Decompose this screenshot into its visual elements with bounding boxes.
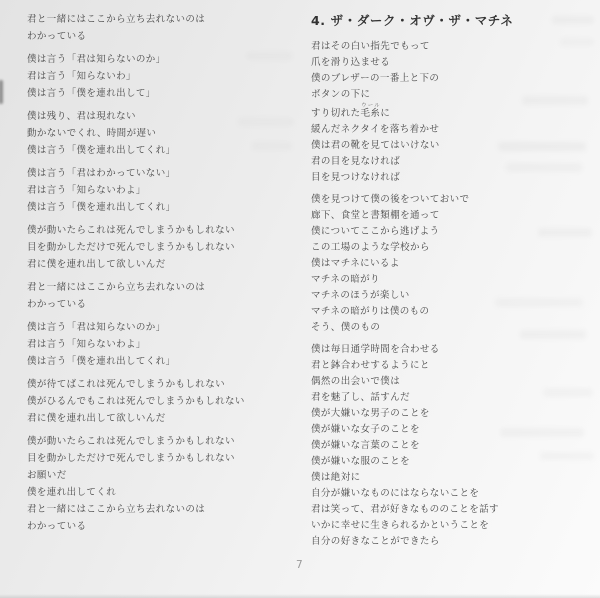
lyric-line: 僕は言う「僕を連れ出してくれ」 — [27, 353, 305, 370]
lyric-line: 自分が嫌いなものにはならないことを — [311, 486, 597, 502]
lyric-line: 僕が動いたらこれは死んでしまうかもしれない — [27, 222, 305, 239]
lyric-line: 君を魅了し、話すんだ — [311, 390, 597, 406]
lyric-line: 君はその白い指先でもって — [311, 39, 597, 55]
lyric-line: 目を動かしただけで死んでしまうかもしれない — [27, 450, 305, 467]
lyric-line: 君は言う「知らないわよ」 — [27, 336, 305, 353]
lyrics-column-right: 4. ザ・ダーク・オヴ・ザ・マチネ 君はその白い指先でもって爪を滑り込ませる僕の… — [311, 12, 597, 556]
lyric-line: 君に僕を連れ出して欲しいんだ — [27, 410, 305, 427]
lyric-line: いかに幸せに生きられるかということを — [311, 518, 597, 534]
lyric-line: 僕はマチネにいるよ — [311, 256, 597, 272]
lyric-line: 君と鉢合わせするようにと — [311, 358, 597, 374]
furigana-ruby: 毛糸ウール — [361, 108, 381, 119]
lyric-line: 君は言う「知らないわ」 — [27, 68, 305, 85]
lyric-line: 僕を連れ出してくれ — [27, 484, 305, 501]
lyric-line: 目を見つけなければ — [311, 170, 597, 186]
lyric-line: 僕が嫌いな女子のことを — [311, 422, 597, 438]
lyrics-right-stanzas: 君はその白い指先でもって爪を滑り込ませる僕のブレザーの一番上と下のボタンの下にす… — [311, 39, 597, 550]
lyric-line: 僕についてここから逃げよう — [311, 224, 597, 240]
lyric-line: 動かないでくれ、時間が遅い — [27, 125, 305, 142]
page-edge-shadow — [0, 594, 600, 598]
lyric-stanza: 僕が動いたらこれは死んでしまうかもしれない目を動かしただけで死んでしまうかもしれ… — [27, 222, 305, 273]
lyric-line: わかっている — [27, 296, 305, 313]
booklet-page: 君と一緒にはここから立ち去れないのはわかっている僕は言う「君は知らないのか」君は… — [0, 0, 600, 598]
lyric-line: 廊下、食堂と書類棚を通って — [311, 208, 597, 224]
lyric-line: マチネのほうが楽しい — [311, 288, 597, 304]
lyric-line: 君は笑って、君が好きなもののことを話す — [311, 502, 597, 518]
lyric-stanza: 君はその白い指先でもって爪を滑り込ませる僕のブレザーの一番上と下のボタンの下にす… — [311, 39, 597, 186]
lyric-line: マチネの暗がり — [311, 272, 597, 288]
lyric-line: 緩んだネクタイを落ち着かせ — [311, 122, 597, 138]
lyric-line: 爪を滑り込ませる — [311, 55, 597, 71]
lyric-line: マチネの暗がりは僕のもの — [311, 304, 597, 320]
lyric-line: 偶然の出会いで僕は — [311, 374, 597, 390]
lyric-line: 君と一緒にはここから立ち去れないのは — [27, 11, 305, 28]
lyric-line: 僕は言う「君は知らないのか」 — [27, 319, 305, 336]
lyric-line: 僕が動いたらこれは死んでしまうかもしれない — [27, 433, 305, 450]
lyric-line: 僕は君の靴を見てはいけない — [311, 138, 597, 154]
lyric-line: この工場のような学校から — [311, 240, 597, 256]
lyric-line: 僕は言う「僕を連れ出してくれ」 — [27, 142, 305, 159]
lyric-line: 目を動かしただけで死んでしまうかもしれない — [27, 239, 305, 256]
lyric-stanza: 君と一緒にはここから立ち去れないのはわかっている — [27, 279, 305, 313]
lyric-line: わかっている — [27, 518, 305, 535]
lyric-stanza: 僕が動いたらこれは死んでしまうかもしれない目を動かしただけで死んでしまうかもしれ… — [27, 433, 305, 535]
lyric-line: 君と一緒にはここから立ち去れないのは — [27, 501, 305, 518]
lyric-line: お願いだ — [27, 467, 305, 484]
lyric-stanza: 僕は残り、君は現れない動かないでくれ、時間が遅い僕は言う「僕を連れ出してくれ」 — [27, 108, 305, 159]
lyric-line: 君と一緒にはここから立ち去れないのは — [27, 279, 305, 296]
lyric-line: 僕のブレザーの一番上と下の — [311, 71, 597, 87]
lyric-line: 僕は毎日通学時間を合わせる — [311, 342, 597, 358]
lyric-line: 自分の好きなことができたら — [311, 534, 597, 550]
lyric-line: 僕は残り、君は現れない — [27, 108, 305, 125]
lyric-line: 僕が嫌いな言葉のことを — [311, 438, 597, 454]
lyric-line: 僕が待てばこれは死んでしまうかもしれない — [27, 376, 305, 393]
lyric-stanza: 僕は毎日通学時間を合わせる君と鉢合わせするようにと偶然の出会いで僕は君を魅了し、… — [311, 342, 597, 550]
track-title-heading: 4. ザ・ダーク・オヴ・ザ・マチネ — [311, 12, 597, 30]
lyric-line: 僕は言う「僕を連れ出してくれ」 — [27, 199, 305, 216]
lyric-stanza: 僕は言う「君はわかっていない」君は言う「知らないわよ」僕は言う「僕を連れ出してく… — [27, 165, 305, 216]
lyric-stanza: 僕を見つけて僕の後をついておいで廊下、食堂と書類棚を通って僕についてここから逃げ… — [311, 192, 597, 336]
lyric-line: 僕が大嫌いな男子のことを — [311, 406, 597, 422]
lyric-line: わかっている — [27, 28, 305, 45]
lyric-stanza: 僕は言う「君は知らないのか」君は言う「知らないわよ」僕は言う「僕を連れ出してくれ… — [27, 319, 305, 370]
page-number: 7 — [296, 559, 303, 571]
lyric-line: 僕は言う「君は知らないのか」 — [27, 51, 305, 68]
lyric-line: 君に僕を連れ出して欲しいんだ — [27, 256, 305, 273]
lyric-line: 君は言う「知らないわよ」 — [27, 182, 305, 199]
lyric-line: 僕は言う「僕を連れ出して」 — [27, 85, 305, 102]
lyric-stanza: 僕が待てばこれは死んでしまうかもしれない僕がひるんでもこれは死んでしまうかもしれ… — [27, 376, 305, 427]
lyric-line: 僕は言う「君はわかっていない」 — [27, 165, 305, 182]
lyric-line: 僕は絶対に — [311, 470, 597, 486]
lyric-stanza: 僕は言う「君は知らないのか」君は言う「知らないわ」僕は言う「僕を連れ出して」 — [27, 51, 305, 102]
lyric-line: 僕が嫌いな服のことを — [311, 454, 597, 470]
lyric-stanza: 君と一緒にはここから立ち去れないのはわかっている — [27, 11, 305, 45]
lyrics-column-left: 君と一緒にはここから立ち去れないのはわかっている僕は言う「君は知らないのか」君は… — [27, 11, 305, 541]
lyric-line: すり切れた毛糸ウールに — [311, 103, 597, 122]
lyric-line: 僕を見つけて僕の後をついておいで — [311, 192, 597, 208]
scan-edge-artifact — [0, 80, 3, 104]
lyric-line: そう、僕のもの — [311, 320, 597, 336]
lyric-line: 僕がひるんでもこれは死んでしまうかもしれない — [27, 393, 305, 410]
lyric-line: 君の目を見なければ — [311, 154, 597, 170]
lyric-line: ボタンの下に — [311, 87, 597, 103]
